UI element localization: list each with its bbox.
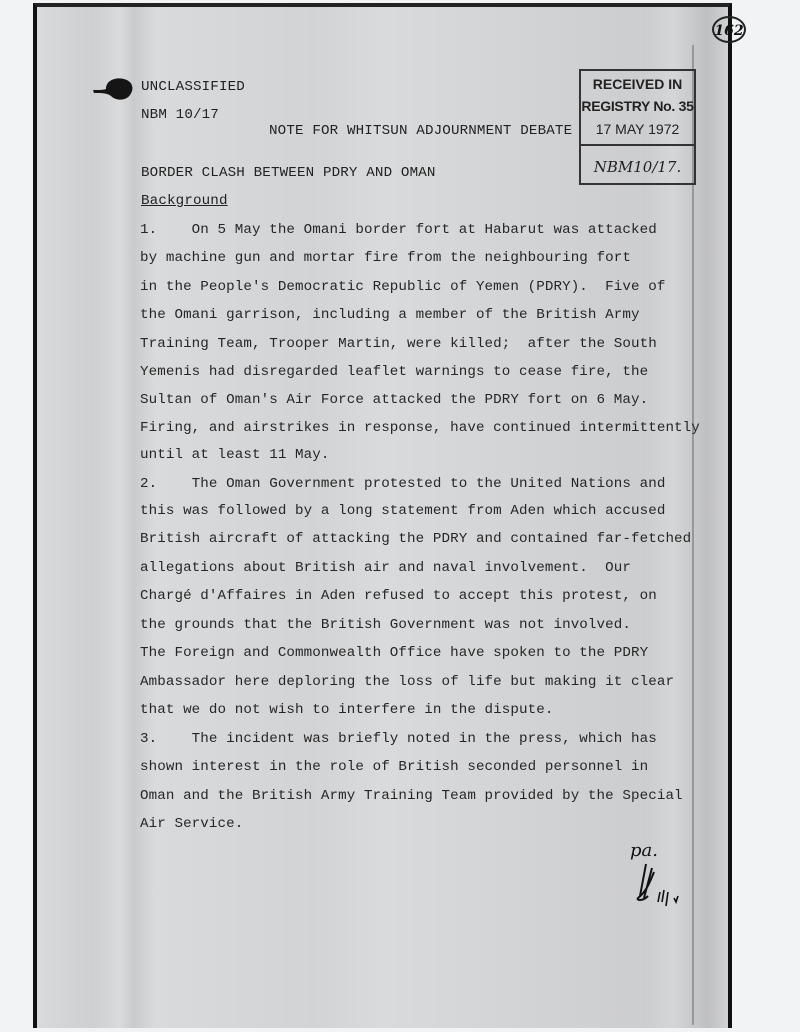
paragraph-line: Oman and the British Army Training Team … [140, 788, 683, 804]
paragraph-line: until at least 11 May. [140, 447, 330, 463]
document-subject: BORDER CLASH BETWEEN PDRY AND OMAN [141, 165, 436, 181]
paragraph-line: by machine gun and mortar fire from the … [140, 250, 631, 266]
section-heading: Background [141, 193, 228, 209]
paragraph-line: Chargé d'Affaires in Aden refused to acc… [140, 588, 657, 604]
paragraph-line: the Omani garrison, including a member o… [140, 307, 640, 323]
paragraph-line: Yemenis had disregarded leaflet warnings… [140, 364, 648, 380]
stamp-handwritten-reference: NBM10/17. [581, 158, 694, 176]
paragraph-line: Air Service. [140, 816, 243, 832]
document-title: NOTE FOR WHITSUN ADJOURNMENT DEBATE [269, 123, 572, 139]
paragraph-line: Sultan of Oman's Air Force attacked the … [140, 392, 648, 408]
classification-label: UNCLASSIFIED [141, 79, 245, 95]
paragraph-line: allegations about British air and naval … [140, 560, 631, 576]
paragraph-line: that we do not wish to interfere in the … [140, 702, 553, 718]
paragraph-line: shown interest in the role of British se… [140, 759, 648, 775]
ink-blot-icon [92, 76, 136, 102]
paragraph-line: Training Team, Trooper Martin, were kill… [140, 336, 657, 352]
signature-initials-icon [632, 862, 692, 922]
paragraph-line: 1. On 5 May the Omani border fort at Hab… [140, 222, 657, 238]
paragraph-line: this was followed by a long statement fr… [140, 503, 665, 519]
stamp-line-2: REGISTRY No. 35 [581, 98, 694, 114]
handwritten-pa: pa. [630, 840, 658, 861]
paragraph-line: in the People's Democratic Republic of Y… [140, 279, 665, 295]
folio-number-circle: 162 [712, 16, 746, 43]
page-margin-line [692, 45, 694, 1025]
paragraph-line: The Foreign and Commonwealth Office have… [140, 645, 648, 661]
paragraph-line: 2. The Oman Government protested to the … [140, 476, 665, 492]
registry-received-stamp: RECEIVED IN REGISTRY No. 35 17 MAY 1972 … [579, 69, 696, 185]
paragraph-line: British aircraft of attacking the PDRY a… [140, 531, 691, 547]
stamp-divider [581, 144, 694, 146]
stamp-date: 17 MAY 1972 [581, 121, 694, 137]
document-reference: NBM 10/17 [141, 107, 219, 123]
paragraph-line: Firing, and airstrikes in response, have… [140, 420, 700, 436]
paragraph-line: Ambassador here deploring the loss of li… [140, 674, 674, 690]
paragraph-line: 3. The incident was briefly noted in the… [140, 731, 657, 747]
paragraph-line: the grounds that the British Government … [140, 617, 631, 633]
stamp-line-1: RECEIVED IN [581, 76, 694, 92]
